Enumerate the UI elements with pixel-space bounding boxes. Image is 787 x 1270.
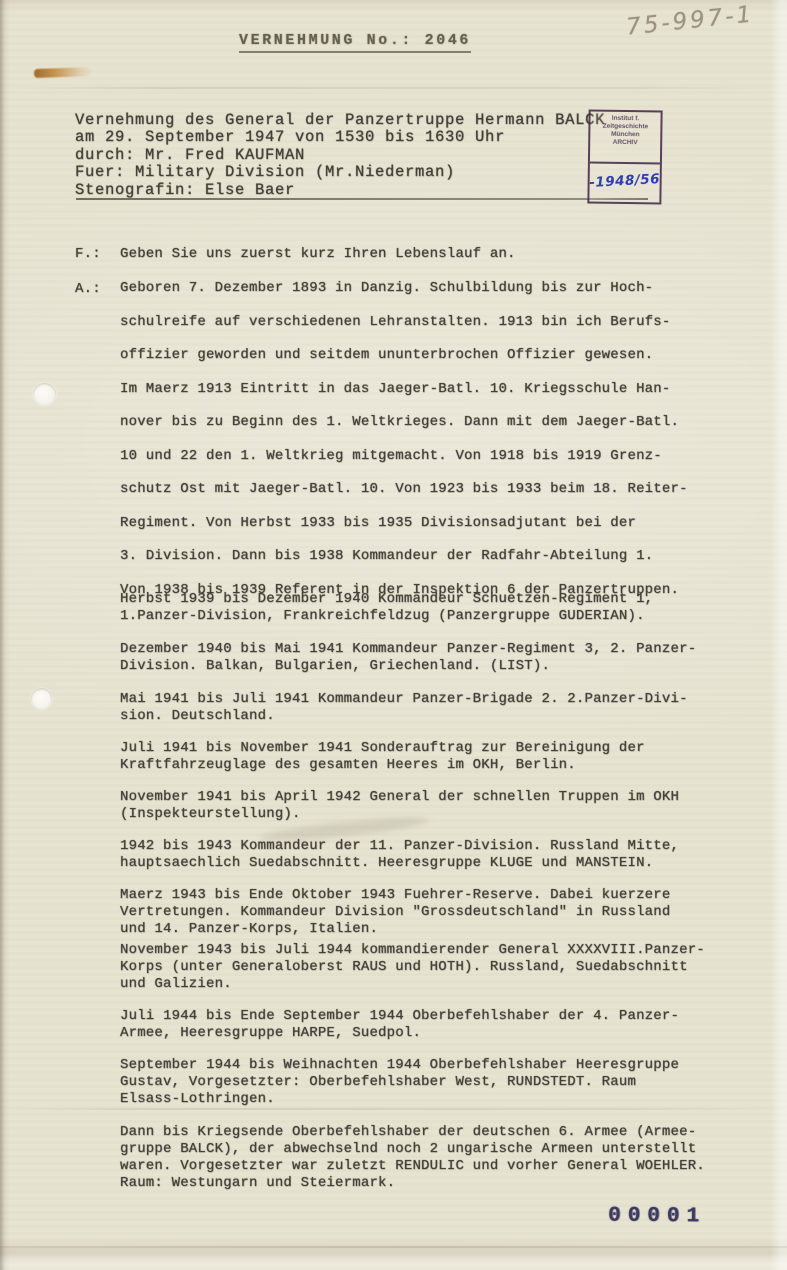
paper-crease [0, 87, 787, 89]
scan-edge-shadow [0, 0, 5, 1270]
answer-paragraph: Juli 1944 bis Ende September 1944 Oberbe… [120, 1008, 720, 1042]
answer-paragraph: 1942 bis 1943 Kommandeur der 11. Panzer-… [120, 838, 720, 872]
pencil-archive-number: 75-997-1 [625, 1, 755, 40]
document-title: VERNEHMUNG No.: 2046 [239, 32, 471, 53]
tape-stain [34, 67, 92, 78]
page-number-stamp: 00001 [608, 1205, 706, 1229]
question-speaker-label: F.: [75, 246, 101, 262]
paper-crease [0, 1246, 787, 1248]
answer-paragraph: Juli 1941 bis November 1941 Sonderauftra… [120, 740, 720, 774]
answer-paragraph: November 1943 bis Juli 1944 kommandieren… [120, 942, 720, 993]
stamp-archiv-line: ARCHIV [592, 139, 658, 148]
question-text: Geben Sie uns zuerst kurz Ihren Lebensla… [120, 246, 516, 262]
answer-paragraph: Dann bis Kriegsende Oberbefehlshaber der… [120, 1124, 720, 1192]
answer-paragraph: Mai 1941 bis Juli 1941 Kommandeur Panzer… [120, 691, 720, 725]
scanned-document-page: 75-997-1 VERNEHMUNG No.: 2046 Vernehmung… [0, 0, 787, 1270]
answer-paragraph: September 1944 bis Weihnachten 1944 Ober… [120, 1057, 720, 1108]
archive-stamp: Institut f. Zeitgeschichte München ARCHI… [587, 109, 662, 204]
paper-crease [0, 1108, 787, 1110]
hole-punch [33, 383, 56, 405]
stamp-institute-line: Institut f. Zeitgeschichte [592, 115, 658, 132]
answer-paragraph: Maerz 1943 bis Ende Oktober 1943 Fuehrer… [120, 887, 720, 938]
answer-paragraph: Herbst 1939 bis Dezember 1940 Kommandeur… [120, 591, 720, 625]
answer-speaker-label: A.: [75, 281, 101, 297]
stamp-handwritten-number: -1948/56 [589, 162, 661, 199]
archive-stamp-text: Institut f. Zeitgeschichte München ARCHI… [590, 112, 661, 165]
document-header-block: Vernehmung des General der Panzertruppe … [75, 112, 605, 199]
header-underline [76, 198, 648, 200]
answer-paragraph: Geboren 7. Dezember 1893 in Danzig. Schu… [120, 272, 720, 607]
answer-paragraph: Dezember 1940 bis Mai 1941 Kommandeur Pa… [120, 641, 720, 675]
hole-punch [31, 688, 52, 709]
answer-paragraph: November 1941 bis April 1942 General der… [120, 789, 720, 823]
